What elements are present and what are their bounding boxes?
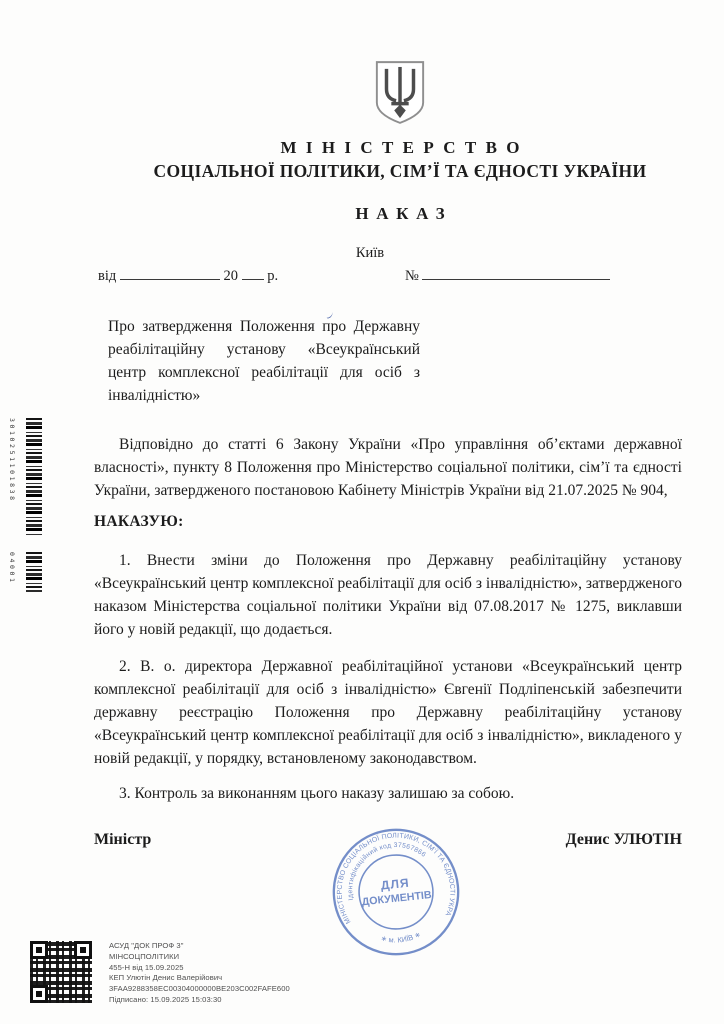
order-item-1: 1. Внести зміни до Положення про Державн…: [94, 549, 682, 641]
esign-line: МІНСОЦПОЛІТИКИ: [109, 952, 290, 963]
subject-block: Про затвердження Положення про Державну …: [108, 315, 420, 407]
barcode-digits-top: 3010251101838: [8, 418, 16, 503]
date-field: від 20 р.: [98, 265, 278, 285]
dateline: Київ від 20 р. №: [94, 225, 682, 289]
document-type-title: НАКАЗ: [106, 203, 694, 225]
year-suffix: р.: [267, 268, 278, 284]
preamble-paragraph: Відповідно до статті 6 Закону України «П…: [94, 433, 682, 502]
barcode-bars-top: [26, 418, 42, 536]
stamp-bottom-text: ∗ м. КИЇВ ∗: [379, 929, 423, 946]
esign-line: Підписано: 15.09.2025 15:03:30: [109, 995, 290, 1006]
city-label: Київ: [340, 245, 400, 262]
ministry-name-line1: МІНІСТЕРСТВО: [106, 137, 694, 159]
barcode-digits-bottom: 04001: [8, 552, 16, 585]
esignature-block: АСУД "ДОК ПРОФ 3" МІНСОЦПОЛІТИКИ 455-Н в…: [30, 941, 290, 1006]
number-label: №: [405, 268, 419, 284]
esign-line: АСУД "ДОК ПРОФ 3": [109, 941, 290, 952]
year-prefix: 20: [224, 268, 239, 284]
qr-finder: [30, 941, 48, 959]
esign-line: 455-Н від 15.09.2025: [109, 963, 290, 974]
signatory-title: Міністр: [94, 831, 151, 849]
scanned-order-document: 3010251101838 04001 МІНІСТЕРСТВО СОЦІАЛЬ…: [0, 0, 724, 1024]
order-item-2: 2. В. о. директора Державної реабілітаці…: [94, 655, 682, 770]
year-blank-line: [242, 265, 264, 280]
stamp-center-line2: ДОКУМЕНТІВ: [361, 889, 432, 908]
qr-code: [30, 941, 92, 1003]
stamp-center-line1: ДЛЯ: [380, 876, 410, 893]
svg-text:∗ м. КИЇВ ∗: ∗ м. КИЇВ ∗: [379, 929, 423, 946]
order-word: НАКАЗУЮ:: [94, 510, 682, 533]
letterhead: МІНІСТЕРСТВО СОЦІАЛЬНОЇ ПОЛІТИКИ, СІМ’Ї …: [106, 56, 694, 225]
document-barcode: 3010251101838 04001: [15, 410, 45, 600]
qr-finder: [30, 985, 48, 1003]
signature-row: Міністр Денис УЛЮТІН: [94, 831, 682, 849]
signatory-name: Денис УЛЮТІН: [566, 831, 682, 849]
esign-line: 3FAA9288358EC00304000000BE203C002FAFE600: [109, 984, 290, 995]
qr-finder: [74, 941, 92, 959]
esignature-details: АСУД "ДОК ПРОФ 3" МІНСОЦПОЛІТИКИ 455-Н в…: [109, 941, 290, 1006]
barcode-bars-bottom: [26, 552, 42, 592]
ukraine-trident-icon: [373, 60, 427, 126]
date-blank-line: [120, 265, 220, 280]
ministry-name-line2: СОЦІАЛЬНОЇ ПОЛІТИКИ, СІМ’Ї ТА ЄДНОСТІ УК…: [106, 159, 694, 183]
esign-line: КЕП Улютін Денис Валерійович: [109, 973, 290, 984]
number-blank-line: [422, 265, 610, 280]
from-label: від: [98, 268, 116, 284]
number-field: №: [405, 265, 610, 285]
order-item-3: 3. Контроль за виконанням цього наказу з…: [94, 782, 682, 805]
